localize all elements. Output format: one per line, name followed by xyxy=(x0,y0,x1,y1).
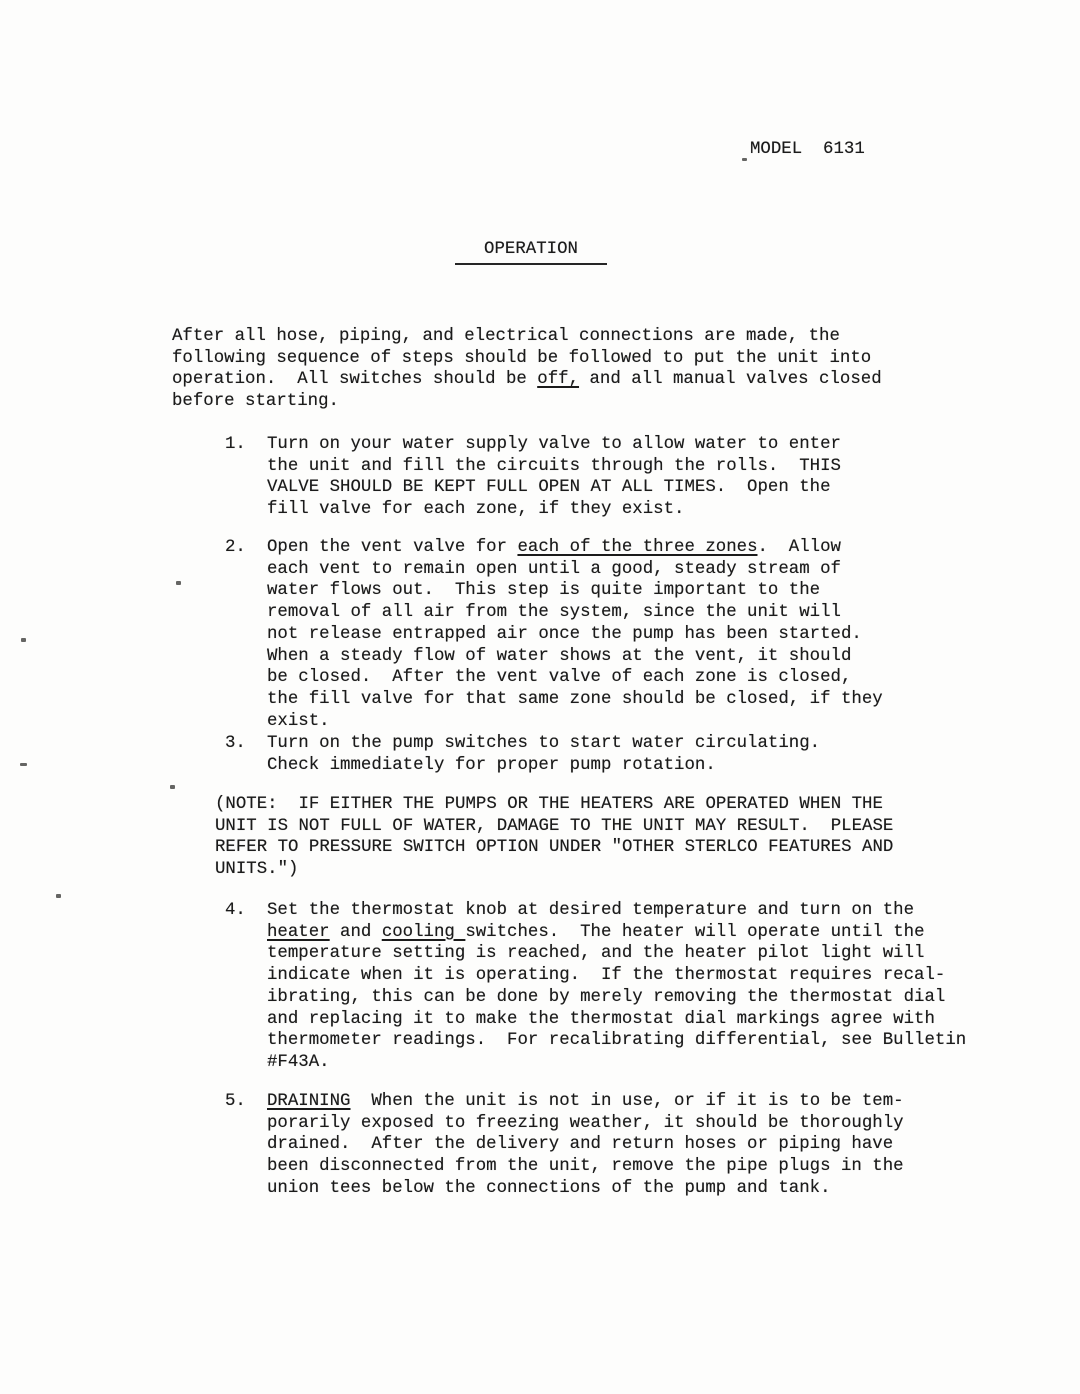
item-3-text: Turn on the pump switches to start water… xyxy=(267,733,820,776)
document-page: MODEL 6131 OPERATION After all hose, pip… xyxy=(0,0,1080,1394)
scan-speck xyxy=(176,581,181,585)
page-title: OPERATION xyxy=(455,239,607,265)
item-1-text: Turn on your water supply valve to allow… xyxy=(267,434,841,521)
item-4-text: Set the thermostat knob at desired tempe… xyxy=(267,900,966,1074)
scan-speck xyxy=(170,785,175,789)
intro-paragraph: After all hose, piping, and electrical c… xyxy=(172,326,882,413)
item-2-text-after: . Allow each vent to remain open until a… xyxy=(267,538,883,731)
item-2-number: 2. xyxy=(225,537,267,732)
item-5-draining-underlined: DRAINING xyxy=(267,1092,351,1111)
list-item-5: 5. DRAINING When the unit is not in use,… xyxy=(225,1091,904,1200)
item-5-number: 5. xyxy=(225,1091,267,1200)
intro-off-underlined: off, xyxy=(537,370,579,389)
item-4-heater-underlined: heater xyxy=(267,923,330,942)
list-item-1: 1. Turn on your water supply valve to al… xyxy=(225,434,841,521)
item-2-text: Open the vent valve for each of the thre… xyxy=(267,537,883,732)
item-4-text-between: and xyxy=(330,923,382,942)
item-4-text-before: Set the thermostat knob at desired tempe… xyxy=(267,901,914,920)
item-4-cooling-underlined: cooling xyxy=(382,923,466,942)
list-item-2: 2. Open the vent valve for each of the t… xyxy=(225,537,883,732)
list-item-3: 3. Turn on the pump switches to start wa… xyxy=(225,733,820,776)
scan-speck xyxy=(742,158,747,161)
scan-speck xyxy=(56,894,61,898)
item-2-underlined-phrase: each of the three zones xyxy=(517,538,757,557)
item-4-number: 4. xyxy=(225,900,267,1074)
scan-speck xyxy=(21,638,26,642)
model-number-label: MODEL 6131 xyxy=(750,139,865,161)
item-3-number: 3. xyxy=(225,733,267,776)
list-item-4: 4. Set the thermostat knob at desired te… xyxy=(225,900,966,1074)
item-5-text: DRAINING When the unit is not in use, or… xyxy=(267,1091,904,1200)
note-paragraph: (NOTE: IF EITHER THE PUMPS OR THE HEATER… xyxy=(215,794,893,881)
item-1-number: 1. xyxy=(225,434,267,521)
item-4-text-rest: switches. The heater will operate until … xyxy=(267,923,966,1072)
item-2-text-before: Open the vent valve for xyxy=(267,538,517,557)
scan-speck xyxy=(20,763,27,766)
item-5-text-rest: When the unit is not in use, or if it is… xyxy=(267,1092,904,1198)
